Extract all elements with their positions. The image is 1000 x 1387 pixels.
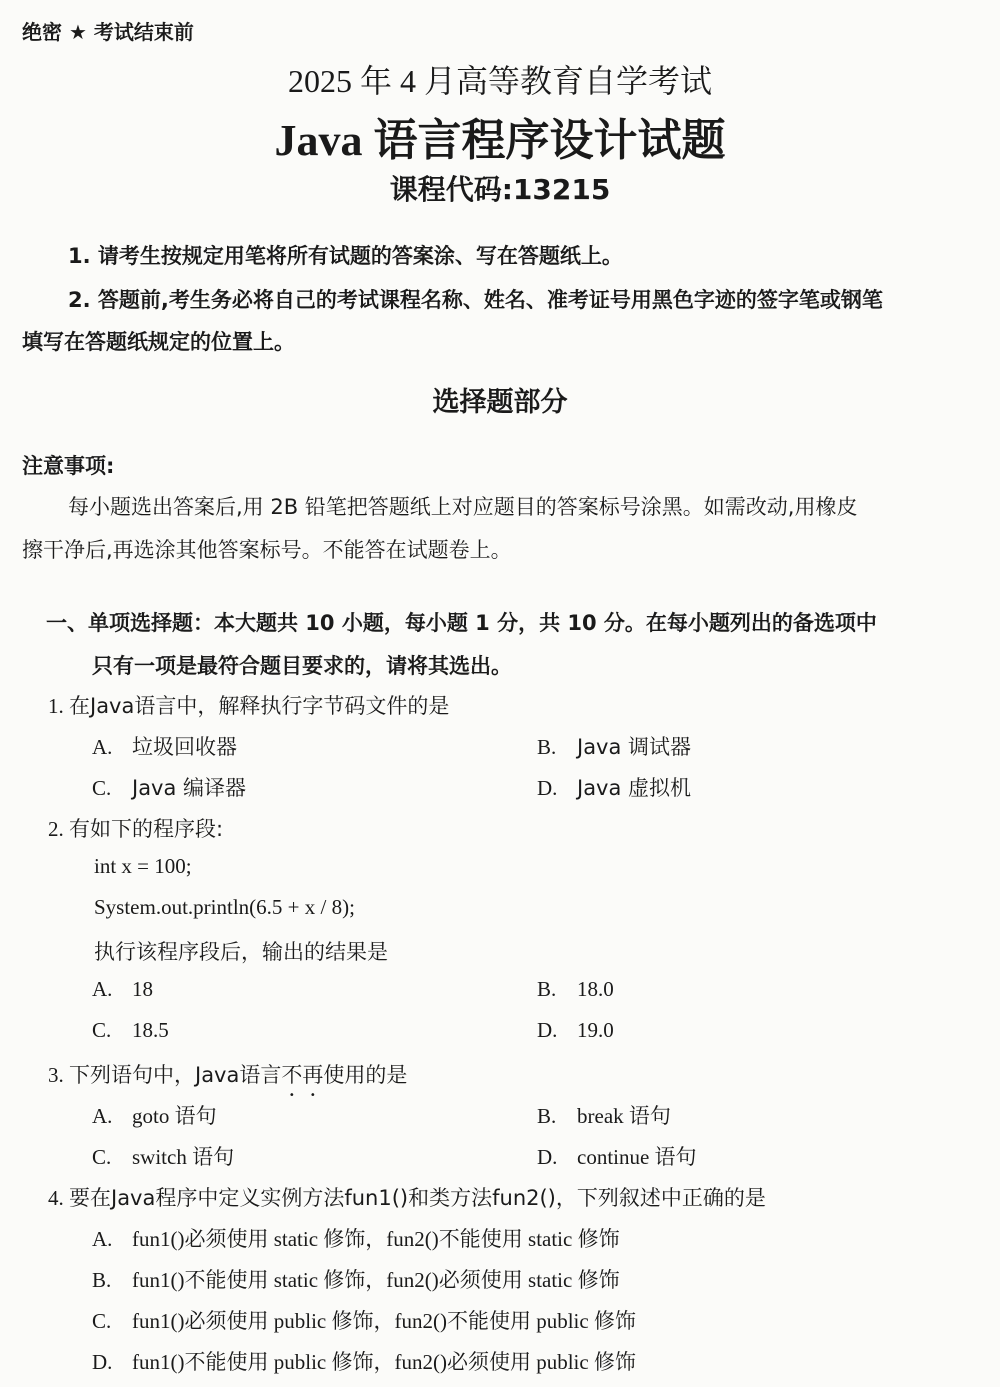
question-1: 1. 在Java语言中，解释执行字节码文件的是 (48, 690, 449, 720)
question-number: 3. (48, 1063, 64, 1087)
q4-option-a[interactable]: A.fun1()必须使用 static 修饰，fun2()不能使用 static… (92, 1223, 620, 1253)
part-one-heading-continued: 只有一项是最符合题目要求的，请将其选出。 (92, 650, 512, 680)
question-2: 2. 有如下的程序段: (48, 813, 223, 843)
q2-option-a[interactable]: A.18 (92, 977, 153, 1002)
course-code: 课程代码:13215 (0, 168, 1000, 208)
emphasized-char: 不 (281, 1063, 302, 1087)
subject-title: Java 语言程序设计试题 (0, 104, 1000, 168)
q4-option-d[interactable]: D.fun1()不能使用 public 修饰，fun2()必须使用 public… (92, 1346, 636, 1376)
question-stem-after: 使用的是 (323, 1063, 407, 1087)
q2-option-c[interactable]: C.18.5 (92, 1018, 169, 1043)
question-stem: 在Java语言中，解释执行字节码文件的是 (69, 694, 449, 718)
code-line-2: System.out.println(6.5 + x / 8); (94, 895, 355, 920)
q2-option-d[interactable]: D.19.0 (537, 1018, 614, 1043)
q4-option-b[interactable]: B.fun1()不能使用 static 修饰，fun2()必须使用 static… (92, 1264, 620, 1294)
q1-option-c[interactable]: C.Java 编译器 (92, 772, 246, 802)
q3-option-c[interactable]: C.switch 语句 (92, 1141, 234, 1171)
q3-option-a[interactable]: A.goto 语句 (92, 1100, 217, 1130)
question-stem-before: 下列语句中，Java语言 (69, 1063, 281, 1087)
question-stem-after: 执行该程序段后，输出的结果是 (94, 936, 388, 966)
section-title: 选择题部分 (0, 380, 1000, 419)
q4-option-c[interactable]: C.fun1()必须使用 public 修饰，fun2()不能使用 public… (92, 1305, 636, 1335)
q2-option-b[interactable]: B.18.0 (537, 977, 614, 1002)
q1-option-d[interactable]: D.Java 虚拟机 (537, 772, 691, 802)
question-number: 2. (48, 817, 64, 841)
question-4: 4. 要在Java程序中定义实例方法fun1()和类方法fun2()，下列叙述中… (48, 1182, 766, 1212)
notes-line-2: 擦干净后,再选涂其他答案标号。不能答在试题卷上。 (22, 534, 512, 564)
emphasized-char: 再 (302, 1063, 323, 1087)
question-3: 3. 下列语句中，Java语言不再使用的是 (48, 1059, 407, 1089)
classification-label: 绝密 ★ 考试结束前 (22, 16, 194, 45)
q1-option-b[interactable]: B.Java 调试器 (537, 731, 691, 761)
notes-label: 注意事项: (22, 450, 114, 480)
q3-option-d[interactable]: D.continue 语句 (537, 1141, 697, 1171)
notes-line-1: 每小题选出答案后,用 2B 铅笔把答题纸上对应题目的答案标号涂黑。如需改动,用橡… (68, 491, 857, 521)
question-number: 4. (48, 1186, 64, 1210)
exam-title: 2025 年 4 月高等教育自学考试 (0, 56, 1000, 102)
question-stem: 有如下的程序段: (69, 817, 223, 841)
question-stem: 要在Java程序中定义实例方法fun1()和类方法fun2()，下列叙述中正确的… (69, 1186, 766, 1210)
part-one-heading: 一、单项选择题：本大题共 10 小题，每小题 1 分，共 10 分。在每小题列出… (46, 607, 877, 637)
instruction-1: 1. 请考生按规定用笔将所有试题的答案涂、写在答题纸上。 (68, 240, 623, 270)
instruction-2-continued: 填写在答题纸规定的位置上。 (22, 326, 295, 356)
code-line-1: int x = 100; (94, 854, 192, 879)
q1-option-a[interactable]: A.垃圾回收器 (92, 731, 237, 761)
q3-option-b[interactable]: B.break 语句 (537, 1100, 671, 1130)
question-number: 1. (48, 694, 64, 718)
instruction-2: 2. 答题前,考生务必将自己的考试课程名称、姓名、准考证号用黑色字迹的签字笔或钢… (68, 284, 883, 314)
